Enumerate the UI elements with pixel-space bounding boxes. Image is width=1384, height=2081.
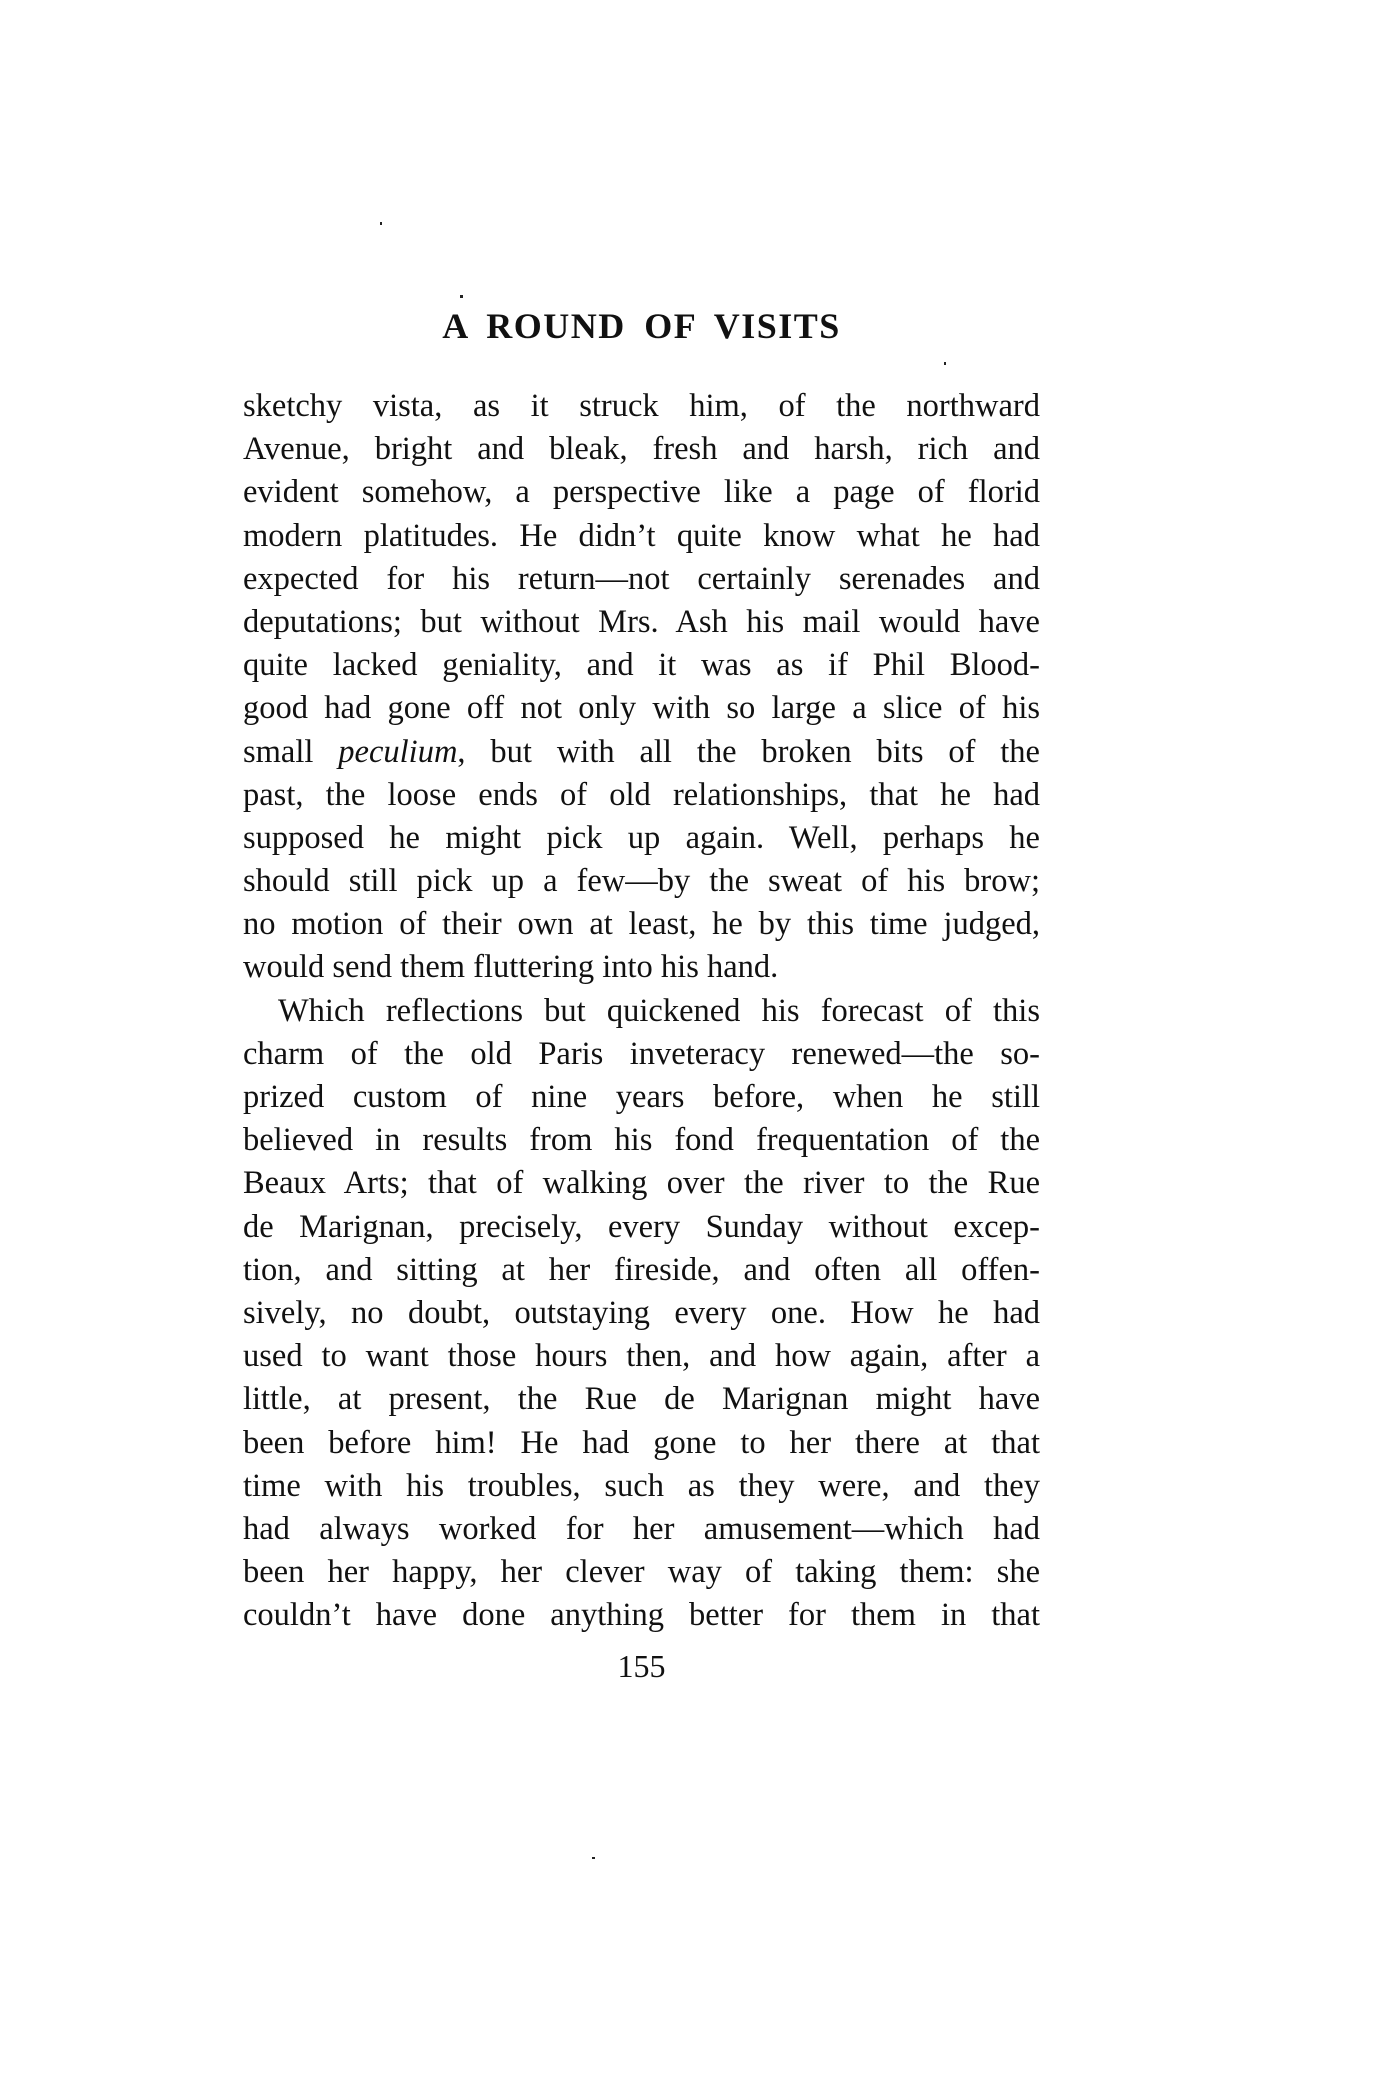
text-line: been before him! He had gone to her ther…	[243, 1422, 1040, 1465]
text-line: de Marignan, precisely, every Sunday wit…	[243, 1206, 1040, 1249]
scan-speck	[380, 222, 382, 225]
text-line: had always worked for her amusement—whic…	[243, 1508, 1040, 1551]
text-line: charm of the old Paris inveteracy renewe…	[243, 1033, 1040, 1076]
text-line: good had gone off not only with so large…	[243, 687, 1040, 730]
scan-speck	[460, 295, 463, 298]
text-line: no motion of their own at least, he by t…	[243, 903, 1040, 946]
page-number: 155	[243, 1648, 1040, 1684]
text-line: time with his troubles, such as they wer…	[243, 1465, 1040, 1508]
book-page: A ROUND OF VISITS sketchy vista, as it s…	[0, 0, 1384, 2081]
text-line: would send them fluttering into his hand…	[243, 946, 1040, 989]
text-line: used to want those hours then, and how a…	[243, 1335, 1040, 1378]
text-line: prized custom of nine years before, when…	[243, 1076, 1040, 1119]
text-line: little, at present, the Rue de Marignan …	[243, 1378, 1040, 1421]
text-line: supposed he might pick up again. Well, p…	[243, 817, 1040, 860]
text-line: sketchy vista, as it struck him, of the …	[243, 385, 1040, 428]
running-head: A ROUND OF VISITS	[243, 306, 1040, 346]
paragraph-2: Which reflections but quickened his fore…	[243, 990, 1040, 1638]
text-line: Beaux Arts; that of walking over the riv…	[243, 1162, 1040, 1205]
text-line: Avenue, bright and bleak, fresh and hars…	[243, 428, 1040, 471]
text-line: past, the loose ends of old relationship…	[243, 774, 1040, 817]
text-line: couldn’t have done anything better for t…	[243, 1594, 1040, 1637]
scan-speck	[592, 1857, 595, 1859]
text-line: deputations; but without Mrs. Ash his ma…	[243, 601, 1040, 644]
text-line: small peculium, but with all the broken …	[243, 731, 1040, 774]
italic-word: peculium	[338, 734, 457, 770]
text-line: been her happy, her clever way of taking…	[243, 1551, 1040, 1594]
text-line: modern platitudes. He didn’t quite know …	[243, 515, 1040, 558]
text-line: tion, and sitting at her fireside, and o…	[243, 1249, 1040, 1292]
text-line: expected for his return—not certainly se…	[243, 558, 1040, 601]
text-line: Which reflections but quickened his fore…	[243, 990, 1040, 1033]
text-line: quite lacked geniality, and it was as if…	[243, 644, 1040, 687]
text-line: sively, no doubt, outstaying every one. …	[243, 1292, 1040, 1335]
text-line: evident somehow, a perspective like a pa…	[243, 471, 1040, 514]
scan-speck	[944, 362, 946, 365]
body-text: sketchy vista, as it struck him, of the …	[243, 385, 1040, 1637]
text-line: believed in results from his fond freque…	[243, 1119, 1040, 1162]
paragraph-1: sketchy vista, as it struck him, of the …	[243, 385, 1040, 990]
text-line: should still pick up a few—by the sweat …	[243, 860, 1040, 903]
